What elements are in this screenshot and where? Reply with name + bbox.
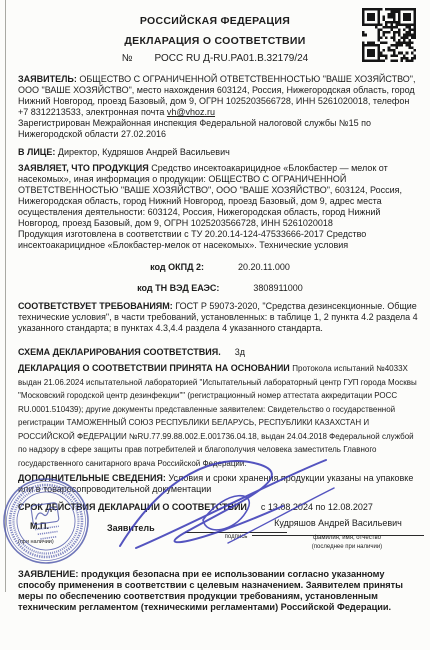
qr-code-icon bbox=[362, 8, 416, 62]
okpd-code-row: код ОКПД 2: 20.20.11.000 bbox=[18, 262, 422, 273]
tnved-value: 3808911000 bbox=[253, 283, 302, 294]
declares-label: ЗАЯВЛЯЕТ, ЧТО ПРОДУКЦИЯ bbox=[18, 163, 149, 173]
basis-label: ДЕКЛАРАЦИЯ О СООТВЕТСТВИИ ПРИНЯТА НА ОСН… bbox=[18, 363, 290, 373]
registration-text: Зарегистрирован Межрайонная инспекция Фе… bbox=[18, 118, 371, 139]
email-link[interactable]: vh@vhoz.ru bbox=[167, 107, 215, 117]
scheme-row: СХЕМА ДЕКЛАРИРОВАНИЯ СООТВЕТСТВИЯ.3д bbox=[18, 347, 422, 358]
signature-block: М.П. (при наличии) Заявитель подпись Куд… bbox=[18, 515, 422, 565]
okpd-label: код ОКПД 2: bbox=[150, 262, 204, 273]
number-value: РОСС RU Д-RU.РА01.В.32179/24 bbox=[155, 53, 309, 64]
tnved-code-row: код ТН ВЭД ЕАЭС: 3808911000 bbox=[18, 283, 422, 294]
manufactured-text: Продукция изготовлена в соответствии с Т… bbox=[18, 229, 366, 250]
in-person-paragraph: В ЛИЦЕ: Директор, Кудряшов Андрей Василь… bbox=[18, 147, 422, 158]
scan-edge-line bbox=[5, 0, 6, 592]
stamp-place-note: (при наличии) bbox=[18, 539, 54, 545]
validity-value: с 13.08.2024 по 12.08.2027 bbox=[261, 502, 373, 512]
in-person-text: Директор, Кудряшов Андрей Васильевич bbox=[58, 147, 230, 157]
declaration-document: РОССИЙСКАЯ ФЕДЕРАЦИЯ ДЕКЛАРАЦИЯ О СООТВЕ… bbox=[0, 0, 430, 650]
document-body: ЗАЯВИТЕЛЬ: ОБЩЕСТВО С ОГРАНИЧЕННОЙ ОТВЕТ… bbox=[0, 74, 430, 613]
applicant-label: ЗАЯВИТЕЛЬ: bbox=[18, 74, 77, 84]
validity-row: СРОК ДЕЙСТВИЯ ДЕКЛАРАЦИИ О СООТВЕТСТВИИс… bbox=[18, 502, 422, 513]
in-person-label: В ЛИЦЕ: bbox=[18, 147, 55, 157]
statement-paragraph: ЗАЯВЛЕНИЕ: продукция безопасна при ее ис… bbox=[18, 569, 422, 613]
signatory-name: Кудряшов Андрей Васильевич bbox=[252, 515, 424, 536]
applicant-role-label: Заявитель bbox=[107, 523, 155, 533]
validity-label: СРОК ДЕЙСТВИЯ ДЕКЛАРАЦИИ О СООТВЕТСТВИИ bbox=[18, 502, 247, 512]
applicant-paragraph: ЗАЯВИТЕЛЬ: ОБЩЕСТВО С ОГРАНИЧЕННОЙ ОТВЕТ… bbox=[18, 74, 422, 140]
complies-paragraph: СООТВЕТСТВУЕТ ТРЕБОВАНИЯМ: ГОСТ Р 59073-… bbox=[18, 301, 422, 334]
complies-label: СООТВЕТСТВУЕТ ТРЕБОВАНИЯМ: bbox=[18, 301, 173, 311]
applicant-text: ОБЩЕСТВО С ОГРАНИЧЕННОЙ ОТВЕТСТВЕННОСТЬЮ… bbox=[18, 74, 416, 117]
scheme-label: СХЕМА ДЕКЛАРИРОВАНИЯ СООТВЕТСТВИЯ. bbox=[18, 347, 221, 357]
number-sign: № bbox=[122, 53, 133, 64]
basis-paragraph: ДЕКЛАРАЦИЯ О СООТВЕТСТВИИ ПРИНЯТА НА ОСН… bbox=[18, 362, 422, 470]
scheme-value: 3д bbox=[235, 347, 245, 357]
name-caption-2: (последнее при наличии) bbox=[262, 544, 430, 550]
name-caption-1: фамилия, имя, отчество bbox=[262, 535, 430, 541]
codes-section: код ОКПД 2: 20.20.11.000 код ТН ВЭД ЕАЭС… bbox=[18, 262, 422, 294]
basis-text: Протокола испытаний №4033Х выдан 21.06.2… bbox=[18, 364, 417, 468]
declares-paragraph: ЗАЯВЛЯЕТ, ЧТО ПРОДУКЦИЯ Средство инсекто… bbox=[18, 163, 422, 251]
additional-label: ДОПОЛНИТЕЛЬНЫЕ СВЕДЕНИЯ: bbox=[18, 473, 166, 483]
additional-paragraph: ДОПОЛНИТЕЛЬНЫЕ СВЕДЕНИЯ: Условия и сроки… bbox=[18, 473, 422, 495]
tnved-label: код ТН ВЭД ЕАЭС: bbox=[137, 283, 219, 294]
statement-label: ЗАЯВЛЕНИЕ: bbox=[18, 569, 78, 579]
okpd-value: 20.20.11.000 bbox=[238, 262, 290, 273]
stamp-place-label: М.П. bbox=[30, 521, 49, 531]
